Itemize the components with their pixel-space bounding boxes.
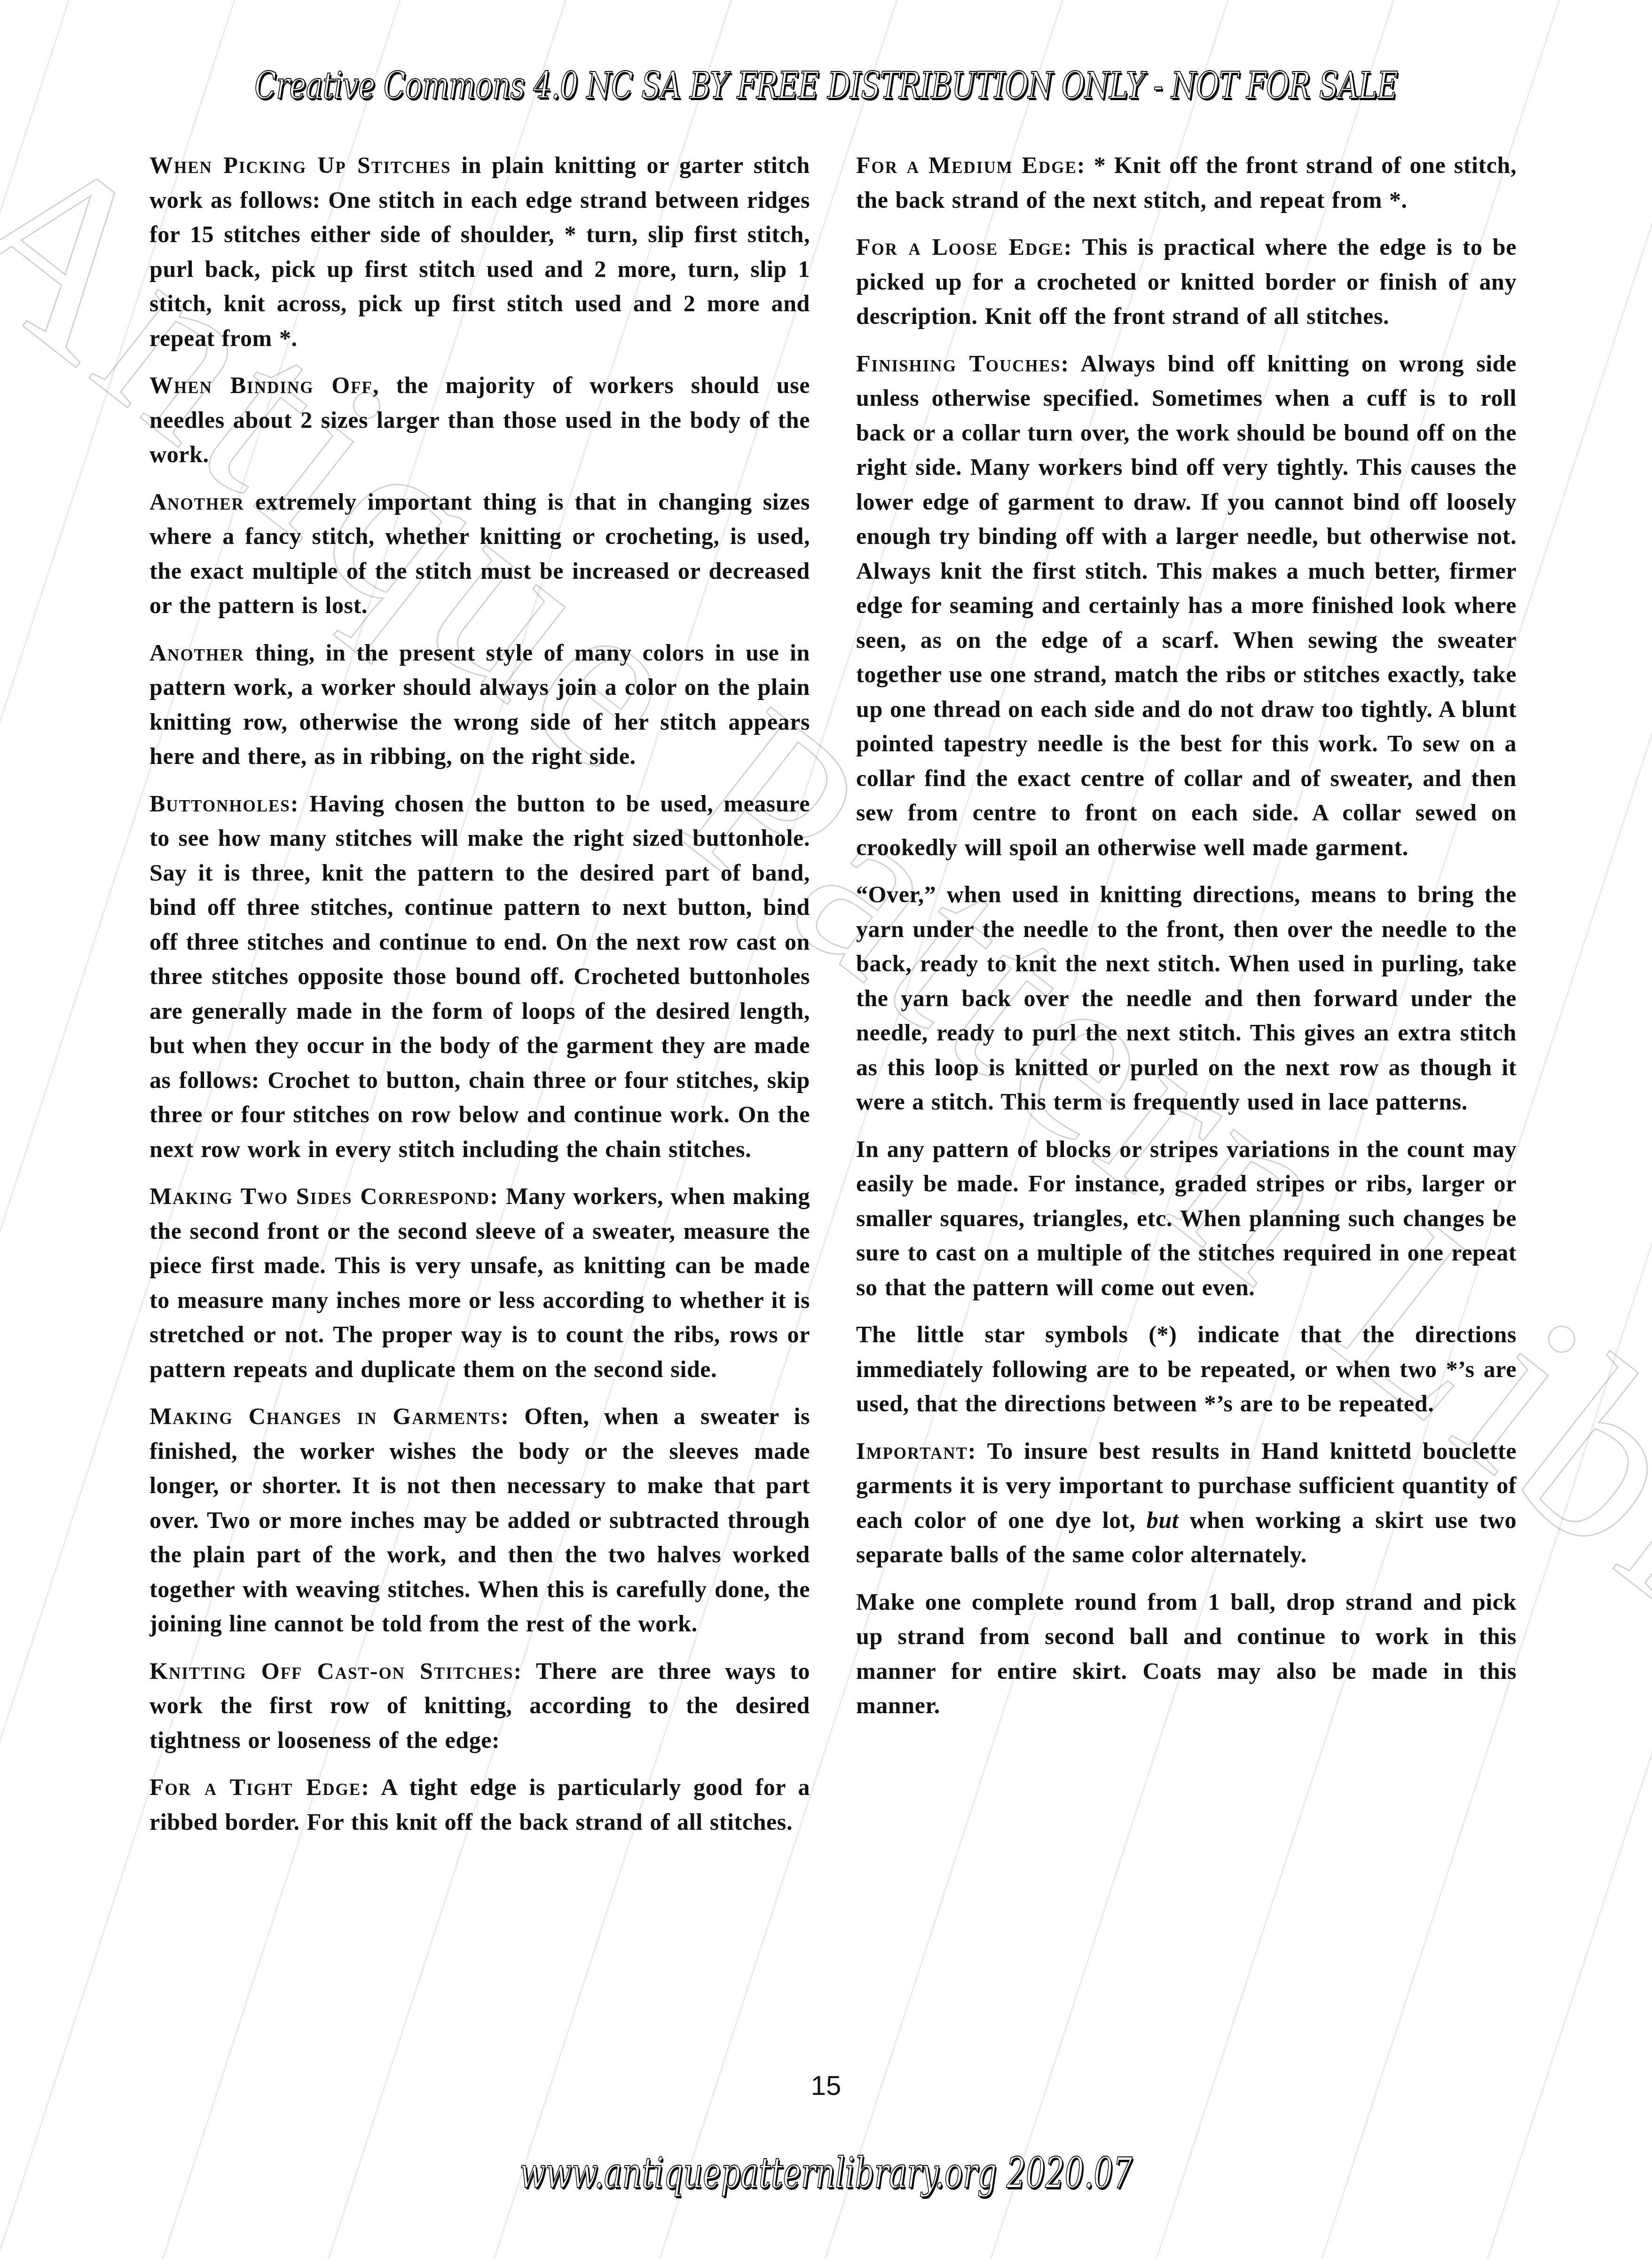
paragraph-medium-edge: For a Medium Edge: * Knit off the front … — [856, 148, 1517, 217]
section-lead: Another — [149, 488, 244, 515]
paragraph-body: in plain knitting or gar­ter stitch work… — [149, 152, 810, 351]
paragraph-two-sides-correspond: Making Two Sides Correspond: Many worker… — [149, 1179, 810, 1386]
section-lead: When Picking Up Stitches — [149, 152, 451, 178]
paragraph-important: Important: To insure best results in Han… — [856, 1434, 1517, 1572]
paragraph-body: Always bind off knitting on wrong side u… — [856, 350, 1517, 860]
paragraph-binding-off: When Binding Off, the majority of worker… — [149, 368, 810, 472]
paragraph-changing-sizes: Another extremely important thing is tha… — [149, 485, 810, 623]
two-column-body: When Picking Up Stitches in plain knitti… — [149, 148, 1517, 1852]
paragraph-over-definition: “Over,” when used in knitting directions… — [856, 877, 1517, 1119]
section-lead: When Binding Off — [149, 372, 373, 398]
site-url-banner: www.antiquepatternlibrary.org 2020.07 — [231, 2149, 1421, 2198]
section-lead: For a Loose Edge: — [856, 234, 1072, 260]
paragraph-body: extremely important thing is that in cha… — [149, 488, 810, 619]
paragraph-finishing-touches: Finishing Touches: Always bind off knitt… — [856, 346, 1517, 865]
section-lead: Knitting Off Cast-on Stitches: — [149, 1658, 522, 1684]
section-lead: Finishing Touches: — [856, 350, 1070, 377]
paragraph-body: Often, when a sweater is finished, the w… — [149, 1403, 810, 1637]
paragraph-star-symbols: The little star symbols (*) indicate tha… — [856, 1317, 1517, 1421]
paragraph-skirt-method: Make one complete round from 1 ball, dro… — [856, 1585, 1517, 1723]
paragraph-body: Make one complete round from 1 ball, dro… — [856, 1589, 1517, 1719]
section-lead: Buttonholes: — [149, 790, 299, 817]
paragraph-body: The little star symbols (*) indicate tha… — [856, 1321, 1517, 1417]
section-lead: For a Tight Edge: — [149, 1774, 370, 1800]
paragraph-body: In any pattern of blocks or stripes vari… — [856, 1136, 1517, 1300]
paragraph-blocks-stripes: In any pattern of blocks or stripes vari… — [856, 1132, 1517, 1305]
paragraph-changes-in-garments: Making Changes in Garments: Often, when … — [149, 1399, 810, 1641]
section-lead: Making Two Sides Correspond: — [149, 1183, 499, 1209]
section-lead: Making Changes in Garments: — [149, 1403, 510, 1429]
right-column: For a Medium Edge: * Knit off the front … — [856, 148, 1517, 1852]
left-column: When Picking Up Stitches in plain knitti… — [149, 148, 810, 1852]
paragraph-picking-up-stitches: When Picking Up Stitches in plain knitti… — [149, 148, 810, 355]
section-lead: Important: — [856, 1438, 976, 1464]
emphasis-word: but — [1147, 1507, 1179, 1533]
page-number: 15 — [0, 2070, 1652, 2102]
paragraph-joining-colors: Another thing, in the present style of m… — [149, 636, 810, 774]
paragraph-body: Having chosen the button to be used, mea… — [149, 790, 810, 1162]
paragraph-knitting-off-cast-on: Knitting Off Cast-on Stitches: There are… — [149, 1654, 810, 1758]
license-banner: Creative Commons 4.0 NC SA BY FREE DISTR… — [182, 65, 1471, 107]
section-lead: Another — [149, 639, 244, 666]
paragraph-body: Many workers, when making the second fro… — [149, 1183, 810, 1382]
paragraph-tight-edge: For a Tight Edge: A tight edge is partic… — [149, 1770, 810, 1839]
paragraph-body: thing, in the present style of many colo… — [149, 639, 810, 770]
section-lead: For a Medium Edge: — [856, 152, 1086, 178]
paragraph-loose-edge: For a Loose Edge: This is practical wher… — [856, 230, 1517, 334]
paragraph-buttonholes: Buttonholes: Having chosen the button to… — [149, 787, 810, 1167]
paragraph-body: “Over,” when used in knitting directions… — [856, 881, 1517, 1115]
